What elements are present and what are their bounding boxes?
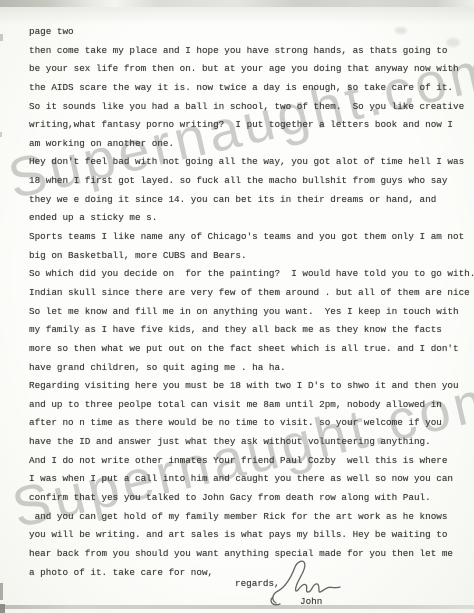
page-header: page two — [29, 23, 474, 42]
letter-line: have the ID and answer just what they as… — [29, 433, 474, 452]
letter-line: And I do not write other inmates Your fr… — [29, 452, 474, 471]
letter-line: hear back from you should you want anyth… — [29, 545, 474, 564]
letter-line: more so then what we put out on the fact… — [29, 340, 474, 359]
letter-line: my family as I have five kids, and they … — [29, 321, 474, 340]
letter-line: you will be writing. and art sales is wh… — [29, 526, 474, 545]
letter-line: the AIDS scare the way it is. now twice … — [29, 79, 474, 98]
letter-line: then come take my place and I hope you h… — [29, 42, 474, 61]
scan-left-edge-mark — [0, 132, 2, 137]
letter-line: big on Basketball, more CUBS and Bears. — [29, 247, 474, 266]
letter-line: So it sounds like you had a ball in scho… — [29, 98, 474, 117]
letter-line: Sports teams I like name any of Chicago'… — [29, 228, 474, 247]
scan-left-edge-mark — [0, 604, 5, 613]
letter-line: am working on another one. — [29, 135, 474, 154]
letter-line: So which did you decide on for the paint… — [29, 265, 474, 284]
letter-line: and you can get hold of my family member… — [29, 508, 474, 527]
letter-line: writing,what fantasy porno writing? I pu… — [29, 116, 474, 135]
letter-line: ended up a sticky me s. — [29, 209, 474, 228]
letter-line: have grand children, so quit aging me . … — [29, 359, 474, 378]
letter-line: and up to three peolpe total can visit m… — [29, 396, 474, 415]
letter-line: Regarding visiting here you must be 18 w… — [29, 377, 474, 396]
scanned-letter-page: Supernaught.com Supernaught.com page two… — [0, 0, 474, 613]
letter-line: Indian skull since there are very few of… — [29, 284, 474, 303]
letter-line: 18 when I first got layed. so fuck all t… — [29, 172, 474, 191]
typed-signature-name: John — [300, 596, 322, 607]
letter-line: I was when I put a call into him and cau… — [29, 470, 474, 489]
letter-line: after no n time as there would be no tim… — [29, 414, 474, 433]
scan-left-edge-mark — [0, 34, 3, 41]
scan-edge-top-band — [0, 0, 474, 7]
letter-line: Hey don't feel bad with not going all th… — [29, 153, 474, 172]
letter-line: confirm that yes you talked to John Gacy… — [29, 489, 474, 508]
letter-line: be your sex life from then on. but at yo… — [29, 60, 474, 79]
letter-line: they we e doing it since 14. you can bet… — [29, 191, 474, 210]
letter-line: So let me know and fill me in on anythin… — [29, 303, 474, 322]
scan-edge-bottom-band — [0, 605, 474, 609]
scan-left-edge-mark — [0, 583, 3, 600]
letter-body: page two then come take my place and I h… — [29, 23, 474, 582]
